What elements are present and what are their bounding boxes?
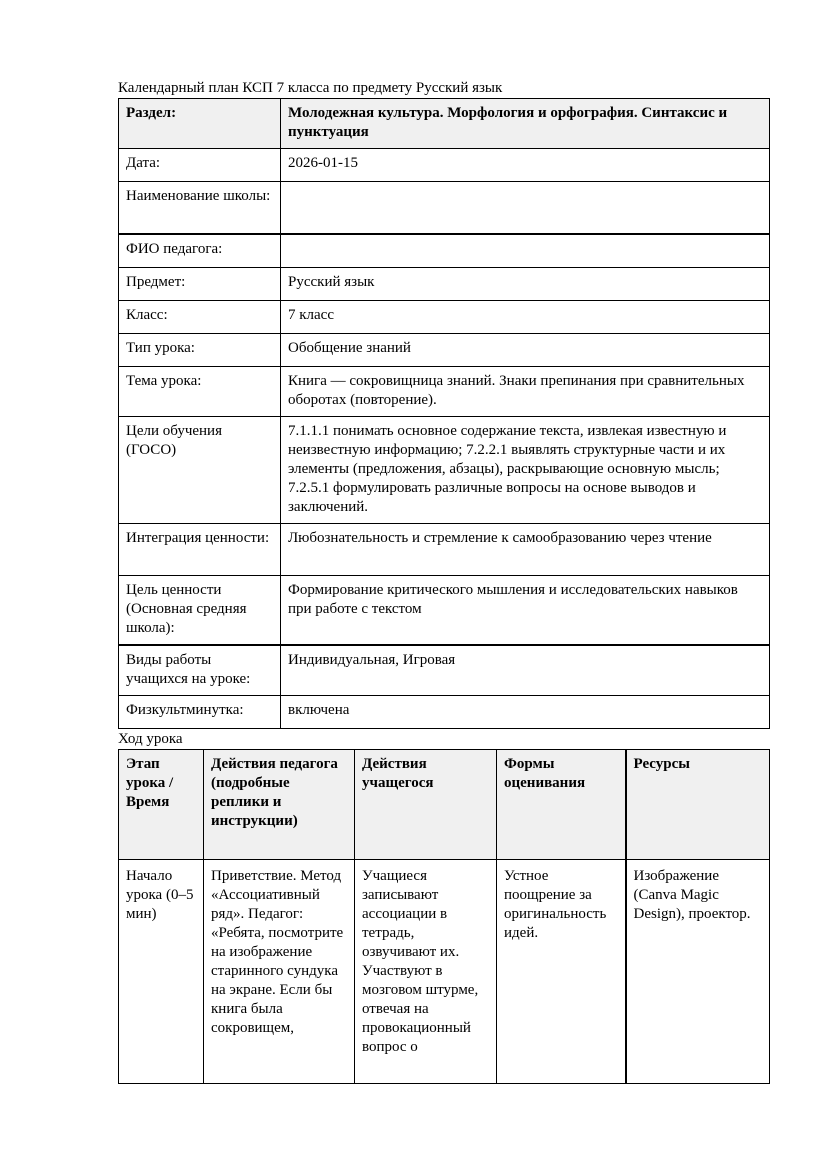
- lesson-progress-caption: Ход урока: [118, 729, 769, 749]
- lesson-table-header: Этап урока / Время Действия педагога (по…: [119, 750, 770, 860]
- info-row-subject: Предмет: Русский язык: [119, 268, 770, 301]
- info-row-topic: Тема урока: Книга — сокровищница знаний.…: [119, 367, 770, 417]
- info-value: 7 класс: [281, 301, 770, 334]
- info-row-grade: Класс: 7 класс: [119, 301, 770, 334]
- document-page: Календарный план КСП 7 класса по предмет…: [118, 78, 769, 1084]
- header-student-actions: Действия учащегося: [355, 750, 497, 860]
- info-row-date: Дата: 2026-01-15: [119, 149, 770, 182]
- info-row-value-goal: Цель ценности (Основная средняя школа): …: [119, 576, 770, 646]
- info-row-teacher: ФИО педагога:: [119, 234, 770, 268]
- info-value: Любознательность и стремление к самообра…: [281, 524, 770, 576]
- cell-teacher-actions: Приветствие. Метод «Ассоциативный ряд». …: [204, 860, 355, 1084]
- info-label: Раздел:: [119, 99, 281, 149]
- info-row-school: Наименование школы:: [119, 182, 770, 235]
- info-label: Предмет:: [119, 268, 281, 301]
- header-stage: Этап урока / Время: [119, 750, 204, 860]
- lesson-flow-table: Этап урока / Время Действия педагога (по…: [118, 749, 770, 1084]
- info-value: Формирование критического мышления и исс…: [281, 576, 770, 646]
- info-row-goals: Цели обучения (ГОСО) 7.1.1.1 понимать ос…: [119, 417, 770, 524]
- info-label: Дата:: [119, 149, 281, 182]
- info-label: Физкультминутка:: [119, 696, 281, 729]
- info-label: Виды работы учащихся на уроке:: [119, 645, 281, 696]
- info-value: Книга — сокровищница знаний. Знаки препи…: [281, 367, 770, 417]
- header-resources: Ресурсы: [626, 750, 770, 860]
- info-label: ФИО педагога:: [119, 234, 281, 268]
- info-value: [281, 182, 770, 235]
- info-row-lesson-type: Тип урока: Обобщение знаний: [119, 334, 770, 367]
- info-label: Тема урока:: [119, 367, 281, 417]
- cell-resources: Изображение (Canva Magic Design), проект…: [626, 860, 770, 1084]
- header-assessment: Формы оценивания: [497, 750, 626, 860]
- cell-stage: Начало урока (0–5 мин): [119, 860, 204, 1084]
- info-label: Интеграция ценности:: [119, 524, 281, 576]
- info-value: включена: [281, 696, 770, 729]
- info-value: Обобщение знаний: [281, 334, 770, 367]
- info-value: Русский язык: [281, 268, 770, 301]
- info-label: Цели обучения (ГОСО): [119, 417, 281, 524]
- info-label: Класс:: [119, 301, 281, 334]
- info-label: Тип урока:: [119, 334, 281, 367]
- info-row-section: Раздел: Молодежная культура. Морфология …: [119, 99, 770, 149]
- info-row-values: Интеграция ценности: Любознательность и …: [119, 524, 770, 576]
- header-teacher-actions: Действия педагога (подробные реплики и и…: [204, 750, 355, 860]
- info-row-work-types: Виды работы учащихся на уроке: Индивидуа…: [119, 645, 770, 696]
- document-title: Календарный план КСП 7 класса по предмет…: [118, 78, 769, 98]
- cell-student-actions: Учащиеся записывают ассоциации в тетрадь…: [355, 860, 497, 1084]
- info-value: Молодежная культура. Морфология и орфогр…: [281, 99, 770, 149]
- lesson-info-table: Раздел: Молодежная культура. Морфология …: [118, 98, 770, 729]
- info-label: Наименование школы:: [119, 182, 281, 235]
- cell-assessment: Устное поощрение за оригинальность идей.: [497, 860, 626, 1084]
- info-value: 2026-01-15: [281, 149, 770, 182]
- table-row: Начало урока (0–5 мин) Приветствие. Мето…: [119, 860, 770, 1084]
- info-label: Цель ценности (Основная средняя школа):: [119, 576, 281, 646]
- info-value: Индивидуальная, Игровая: [281, 645, 770, 696]
- info-row-exercise: Физкультминутка: включена: [119, 696, 770, 729]
- info-value: [281, 234, 770, 268]
- info-value: 7.1.1.1 понимать основное содержание тек…: [281, 417, 770, 524]
